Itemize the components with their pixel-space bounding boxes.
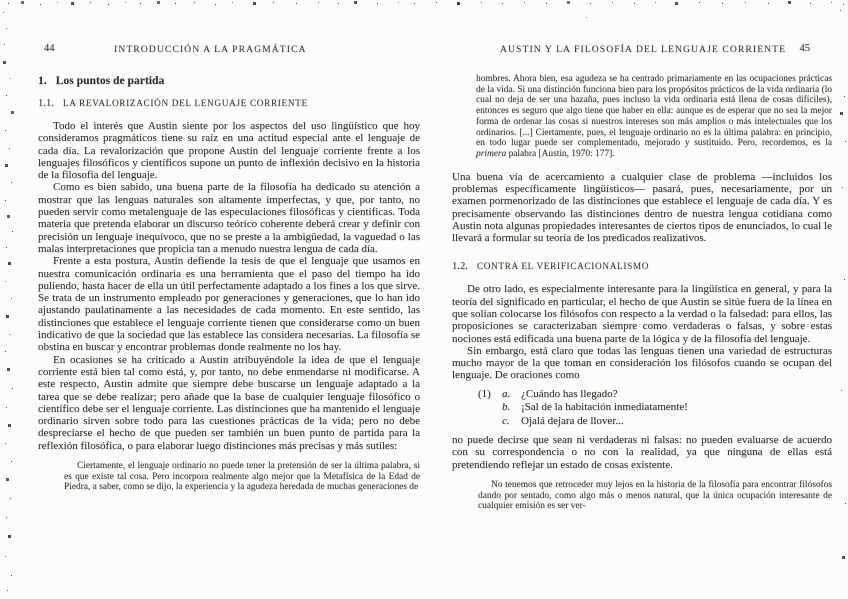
book-scan: 44 INTRODUCCIÓN A LA PRAGMÁTICA 1.Los pu… bbox=[0, 0, 848, 599]
subsection-title: LA REVALORIZACIÓN DEL LENGUAJE CORRIENTE bbox=[63, 98, 308, 108]
subsection-number: 1.2. bbox=[452, 261, 468, 272]
scan-noise-top-edge bbox=[0, 1, 1, 2]
example-item-label: b. bbox=[502, 401, 521, 414]
paragraph: Como es bien sabido, una buena parte de … bbox=[38, 181, 420, 255]
subsection-heading-1-2: 1.2.CONTRA EL VERIFICACIONALISMO bbox=[452, 261, 832, 272]
subsection-heading-1-1: 1.1.LA REVALORIZACIÓN DEL LENGUAJE CORRI… bbox=[38, 98, 420, 109]
section-number: 1. bbox=[38, 74, 47, 87]
subsection-number: 1.1. bbox=[38, 98, 54, 109]
quote-text: hombres. Ahora bien, esa agudeza se ha c… bbox=[476, 74, 832, 148]
subsection-title: CONTRA EL VERIFICACIONALISMO bbox=[477, 261, 649, 271]
right-page-number: 45 bbox=[800, 43, 811, 54]
paragraph: En ocasiones se ha criticado a Austin at… bbox=[38, 354, 420, 452]
right-page: AUSTIN Y LA FILOSOFÍA DEL LENGUAJE CORRI… bbox=[452, 44, 832, 512]
example-item-label: c. bbox=[502, 415, 521, 428]
paragraph: Todo el interés que Austin siente por lo… bbox=[38, 120, 420, 181]
right-running-header: AUSTIN Y LA FILOSOFÍA DEL LENGUAJE CORRI… bbox=[452, 44, 832, 57]
example-number-spacer bbox=[478, 415, 502, 428]
left-running-header: 44 INTRODUCCIÓN A LA PRAGMÁTICA bbox=[38, 44, 420, 57]
left-page: 44 INTRODUCCIÓN A LA PRAGMÁTICA 1.Los pu… bbox=[38, 44, 420, 493]
paragraph: Frente a esta postura, Austin defiende l… bbox=[38, 255, 420, 353]
quote-citation: palabra [Austin, 1970: 177]. bbox=[506, 149, 614, 159]
example-number-spacer bbox=[478, 401, 502, 414]
quote-italic-word: primera bbox=[476, 149, 506, 159]
block-quote-continuation: hombres. Ahora bien, esa agudeza se ha c… bbox=[476, 74, 832, 160]
block-quote: Ciertamente, el lenguaje ordinario no pu… bbox=[64, 461, 420, 493]
section-heading: 1.Los puntos de partida bbox=[38, 74, 420, 87]
left-running-header-title: INTRODUCCIÓN A LA PRAGMÁTICA bbox=[114, 44, 307, 55]
example-item-label: a. bbox=[502, 388, 521, 401]
block-quote: No tenemos que retroceder muy lejos en l… bbox=[478, 480, 832, 512]
section-title: Los puntos de partida bbox=[56, 74, 165, 87]
paragraph: no puede decirse que sean ni verdaderas … bbox=[452, 434, 832, 471]
paragraph: Una buena vía de acercamiento a cualquie… bbox=[452, 171, 832, 245]
left-page-number: 44 bbox=[44, 43, 55, 54]
scan-noise-right-edge bbox=[0, 0, 1, 1]
example-item-text: Ojalá dejara de llover... bbox=[521, 415, 832, 428]
example-item-text: ¿Cuándo has llegado? bbox=[521, 388, 832, 401]
right-running-header-title: AUSTIN Y LA FILOSOFÍA DEL LENGUAJE CORRI… bbox=[500, 44, 786, 55]
example-item-text: ¡Sal de la habitación inmediatamente! bbox=[521, 401, 832, 414]
paragraph: Sin embargo, está claro que todas las le… bbox=[452, 345, 832, 382]
example-list: (1) a. ¿Cuándo has llegado? b. ¡Sal de l… bbox=[452, 388, 832, 428]
paragraph: De otro lado, es especialmente interesan… bbox=[452, 283, 832, 344]
example-number: (1) bbox=[478, 388, 502, 401]
